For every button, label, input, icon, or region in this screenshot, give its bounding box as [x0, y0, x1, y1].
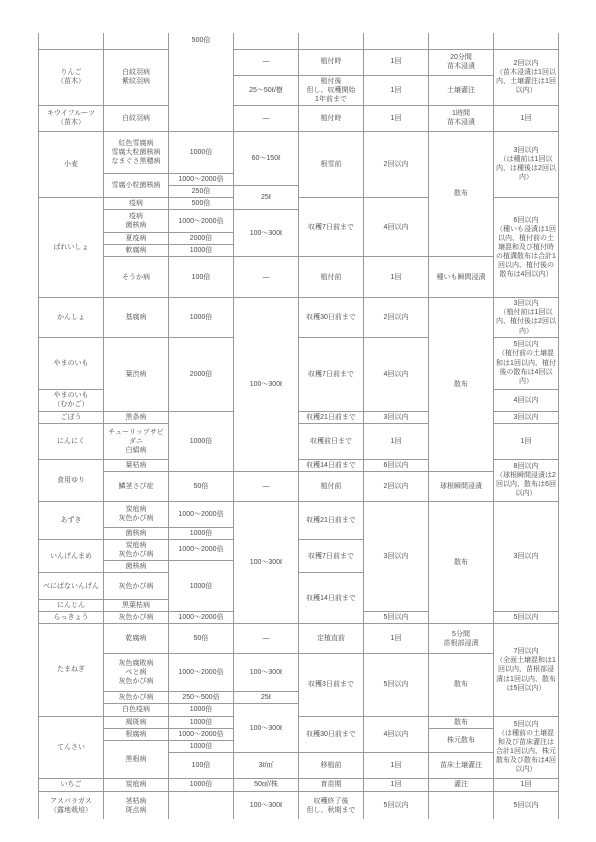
total-count-cell: 1回	[494, 105, 559, 131]
total-count-cell: 3回以内	[494, 411, 559, 423]
total-count-cell	[494, 33, 559, 49]
method-cell: 種いも瞬間浸漬	[429, 257, 494, 298]
disease-cell: 疫病	[104, 197, 169, 209]
total-count-cell: 1回	[494, 778, 559, 791]
disease-cell: 疫病 菌核病	[104, 210, 169, 233]
dilution-cell: 1000～2000倍	[169, 539, 234, 560]
timing-cell: 収穫30日前まで	[299, 716, 364, 752]
crop-cell: ごぼう	[39, 411, 104, 423]
application-count-cell: 5回以内	[364, 612, 429, 624]
dilution-cell: 1000～2000倍	[169, 612, 234, 624]
water-volume-cell: 60～150ℓ	[234, 131, 299, 185]
method-cell	[429, 33, 494, 49]
application-count-cell: 3回以内	[364, 501, 429, 611]
disease-cell: 基腐病	[104, 298, 169, 337]
table-row: 小麦紅色雪腐病 雪腐大粒菌核病 なまぐさ黒穂病1000倍60～150ℓ根雪前2回…	[39, 131, 559, 173]
disease-cell: 乾腐病	[104, 624, 169, 654]
timing-cell: 植付後 但し、収穫開始 1年前まで	[299, 75, 364, 105]
total-count-cell: 8回以内 （球根瞬間浸漬は2回以内、散布は6回以内）	[494, 459, 559, 501]
application-count-cell: 1回	[364, 778, 429, 791]
disease-cell: 黒根病	[104, 740, 169, 778]
timing-cell: 収穫21日前まで	[299, 411, 364, 423]
disease-cell: 葉枯病	[104, 459, 169, 471]
method-cell: 5分間 苗根部浸漬	[429, 624, 494, 654]
timing-cell: 収穫7日前まで	[299, 539, 364, 572]
dilution-cell: 1000倍	[169, 778, 234, 791]
table-row: かんしょ基腐病1000倍100～300ℓ収穫30日前まで2回以内散布3回以内 （…	[39, 298, 559, 337]
dilution-cell: 50倍	[169, 471, 234, 501]
dilution-cell: 500倍	[169, 33, 234, 131]
disease-cell	[104, 33, 169, 49]
crop-cell: ばれいしょ	[39, 197, 104, 297]
timing-cell: 収穫30日前まで	[299, 298, 364, 337]
total-count-cell: 3回以内	[494, 501, 559, 611]
dilution-cell: 1000倍	[169, 298, 234, 337]
timing-cell: 収穫前日まで	[299, 423, 364, 459]
timing-cell: 収穫14日前まで	[299, 459, 364, 471]
dilution-cell: 1000倍	[169, 245, 234, 257]
crop-cell: 食用ゆり	[39, 459, 104, 501]
timing-cell: 収穫終了後 但し、秋期まで	[299, 791, 364, 819]
crop-cell: にんじん	[39, 600, 104, 612]
timing-cell: 移植前	[299, 752, 364, 778]
total-count-cell: 5回以内 （は種前の土壌混和及び苗床灌注は合計1回以内、株元散布及び散布は4回以…	[494, 716, 559, 778]
crop-cell: 小麦	[39, 131, 104, 197]
method-cell: 株元散布	[429, 728, 494, 752]
crop-cell: やまのいも	[39, 337, 104, 389]
application-count-cell: 1回	[364, 49, 429, 75]
crop-cell: りんご （苗木）	[39, 49, 104, 105]
total-count-cell: 6回以内 （種いも浸漬は1回以内、植付前の土壌混和及び植付時の植溝散布は合計1回…	[494, 197, 559, 297]
application-count-cell: 2回以内	[364, 471, 429, 501]
disease-cell: 炭疽病 灰色かび病	[104, 501, 169, 527]
method-cell: 苗床土壌灌注	[429, 752, 494, 778]
application-count-cell: 4回以内	[364, 716, 429, 752]
water-volume-cell: 100～300ℓ	[234, 298, 299, 472]
table-row: アスパラガス （露地栽培）茎枯病 斑点病100～300ℓ収穫終了後 但し、秋期ま…	[39, 791, 559, 819]
method-cell: 灌注	[429, 778, 494, 791]
disease-cell: 雪腐小粒菌核病	[104, 173, 169, 197]
disease-cell: そうか病	[104, 257, 169, 298]
total-count-cell: 7回以内 （全面土壌混和は1回以内、苗根部浸漬は1回以内、散布は5回以内）	[494, 624, 559, 716]
timing-cell: 収穫14日前まで	[299, 573, 364, 624]
timing-cell: 植付前	[299, 257, 364, 298]
water-volume-cell: —	[234, 105, 299, 131]
timing-cell	[299, 33, 364, 49]
disease-cell: 黒条病	[104, 411, 169, 423]
crop-cell: かんしょ	[39, 298, 104, 337]
method-cell: 散布	[429, 654, 494, 716]
dilution-cell: 1000倍	[169, 716, 234, 728]
water-volume-cell: 100～300ℓ	[234, 501, 299, 624]
disease-cell: 葉渋病	[104, 337, 169, 411]
disease-cell: 白紋羽病 紫紋羽病	[104, 49, 169, 105]
table-row: 灰色腐敗病 べと病 灰色かび病1000～2000倍100～300ℓ収穫3日前まで…	[39, 654, 559, 692]
dilution-cell: 250倍	[169, 185, 234, 197]
method-cell: 散布	[429, 716, 494, 728]
application-count-cell: 3回以内	[364, 411, 429, 423]
dilution-cell: 1000倍	[169, 131, 234, 173]
water-volume-cell: 3ℓ/㎡	[234, 752, 299, 778]
disease-cell: 夏疫病	[104, 233, 169, 245]
application-count-cell: 1回	[364, 624, 429, 654]
dilution-cell: 1000倍	[169, 561, 234, 612]
dilution-cell: 1000倍	[169, 704, 234, 716]
dilution-cell: 1000倍	[169, 411, 234, 471]
dilution-cell: 250～500倍	[169, 692, 234, 704]
water-volume-cell: 25～50ℓ/樹	[234, 75, 299, 105]
disease-cell: 黒葉枯病	[104, 600, 169, 612]
disease-cell: 炭疽病 灰色かび病	[104, 539, 169, 560]
timing-cell: 植付時	[299, 49, 364, 75]
disease-cell: 茎枯病 斑点病	[104, 791, 169, 819]
crop-cell: にんにく	[39, 423, 104, 459]
total-count-cell: 5回以内	[494, 791, 559, 819]
total-count-cell: 2回以内 （苗木浸漬は1回以内、土壌灌注は1回以内）	[494, 49, 559, 105]
timing-cell: 根雪前	[299, 131, 364, 197]
table-row: あずき炭疽病 灰色かび病1000～2000倍100～300ℓ収穫21日前まで3回…	[39, 501, 559, 527]
total-count-cell: 3回以内 （植付前は1回以内、植付後は2回以内）	[494, 298, 559, 337]
timing-cell: 収穫7日前まで	[299, 197, 364, 256]
disease-cell: 菌核病	[104, 561, 169, 573]
application-count-cell: 2回以内	[364, 131, 429, 197]
total-count-cell: 5回以内	[494, 612, 559, 624]
total-count-cell: 3回以内 （は種前は1回以内、は種後は2回以内）	[494, 131, 559, 197]
dilution-cell: 100倍	[169, 752, 234, 778]
dilution-cell: 100倍	[169, 257, 234, 298]
application-count-cell: 4回以内	[364, 337, 429, 411]
timing-cell: 育苗期	[299, 778, 364, 791]
disease-cell: 灰色かび病	[104, 692, 169, 704]
application-count-cell	[364, 33, 429, 49]
table-row: 鱗茎さび症50倍—植付前2回以内球根瞬間浸漬	[39, 471, 559, 501]
method-cell: 散布	[429, 501, 494, 624]
table-row: いちご炭疽病1000倍50㎖/株育苗期1回灌注1回	[39, 778, 559, 791]
crop-cell: たまねぎ	[39, 624, 104, 716]
crop-cell: アスパラガス （露地栽培）	[39, 791, 104, 819]
timing-cell: 定植直前	[299, 624, 364, 654]
timing-cell: 植付前	[299, 471, 364, 501]
disease-cell: 炭疽病	[104, 778, 169, 791]
water-volume-cell: —	[234, 49, 299, 75]
water-volume-cell: 50㎖/株	[234, 778, 299, 791]
disease-cell: 鱗茎さび症	[104, 471, 169, 501]
application-count-cell: 5回以内	[364, 791, 429, 819]
water-volume-cell: 25ℓ	[234, 692, 299, 704]
water-volume-cell: 100～300ℓ	[234, 210, 299, 257]
table-row: たまねぎ乾腐病50倍—定植直前1回5分間 苗根部浸漬7回以内 （全面土壌混和は1…	[39, 624, 559, 654]
dilution-cell	[169, 791, 234, 819]
document-page: 500倍りんご （苗木）白紋羽病 紫紋羽病—植付時1回20分間 苗木浸漬2回以内…	[0, 0, 596, 842]
timing-cell: 植付時	[299, 105, 364, 131]
disease-cell: 灰色かび病	[104, 573, 169, 600]
crop-cell: キウイフルーツ （苗木）	[39, 105, 104, 131]
method-cell: 1時間 苗木浸漬	[429, 105, 494, 131]
disease-cell: 紅色雪腐病 雪腐大粒菌核病 なまぐさ黒穂病	[104, 131, 169, 173]
table-row: 500倍	[39, 33, 559, 49]
application-count-cell: 1回	[364, 257, 429, 298]
disease-cell: 白色疫病	[104, 704, 169, 716]
method-cell: 球根瞬間浸漬	[429, 471, 494, 501]
crop-cell	[39, 33, 104, 49]
application-count-cell: 4回以内	[364, 197, 429, 256]
dilution-cell: 2000倍	[169, 337, 234, 411]
disease-cell: 白紋羽病	[104, 105, 169, 131]
water-volume-cell: —	[234, 471, 299, 501]
disease-cell: 軟腐病	[104, 245, 169, 257]
crop-cell: あずき	[39, 501, 104, 539]
dilution-cell: 2000倍	[169, 233, 234, 245]
pesticide-application-table: 500倍りんご （苗木）白紋羽病 紫紋羽病—植付時1回20分間 苗木浸漬2回以内…	[38, 33, 559, 819]
dilution-cell: 50倍	[169, 624, 234, 654]
water-volume-cell: 25ℓ	[234, 185, 299, 209]
dilution-cell: 1000倍	[169, 527, 234, 539]
water-volume-cell: 100～300ℓ	[234, 654, 299, 692]
water-volume-cell: —	[234, 624, 299, 654]
method-cell: 土壌灌注	[429, 75, 494, 105]
crop-cell: べにばないんげん	[39, 573, 104, 600]
application-count-cell: 6回以内	[364, 459, 429, 471]
application-count-cell: 1回	[364, 752, 429, 778]
total-count-cell: 4回以内	[494, 389, 559, 411]
dilution-cell: 1000～2000倍	[169, 210, 234, 233]
table-row: そうか病100倍—植付前1回種いも瞬間浸漬	[39, 257, 559, 298]
disease-cell: 褐斑病	[104, 716, 169, 728]
application-count-cell: 1回	[364, 423, 429, 459]
timing-cell: 収穫7日前まで	[299, 337, 364, 411]
dilution-cell: 1000～2000倍	[169, 173, 234, 185]
method-cell: 20分間 苗木浸漬	[429, 49, 494, 75]
application-count-cell: 5回以内	[364, 654, 429, 716]
timing-cell: 収穫3日前まで	[299, 654, 364, 716]
method-cell	[429, 791, 494, 819]
disease-cell: チューリップサビダニ 白絹病	[104, 423, 169, 459]
table-row: キウイフルーツ （苗木）白紋羽病—植付時1回1時間 苗木浸漬1回	[39, 105, 559, 131]
total-count-cell: 5回以内 （植付前の土壌混和は1回以内、植付後の散布は4回以内）	[494, 337, 559, 389]
timing-cell: 収穫21日前まで	[299, 501, 364, 539]
disease-cell: 灰色腐敗病 べと病 灰色かび病	[104, 654, 169, 692]
method-cell: 散布	[429, 131, 494, 256]
method-cell: 散布	[429, 298, 494, 472]
crop-cell: いんげんまめ	[39, 539, 104, 572]
water-volume-cell: —	[234, 257, 299, 298]
dilution-cell: 1000倍	[169, 740, 234, 752]
water-volume-cell	[234, 33, 299, 49]
dilution-cell: 1000～2000倍	[169, 654, 234, 692]
crop-cell: てんさい	[39, 716, 104, 778]
dilution-cell: 500倍	[169, 197, 234, 209]
crop-cell: いちご	[39, 778, 104, 791]
water-volume-cell: 100～300ℓ	[234, 704, 299, 752]
disease-cell: 根腐病	[104, 728, 169, 740]
application-count-cell: 1回	[364, 105, 429, 131]
dilution-cell: 1000～2000倍	[169, 501, 234, 527]
application-count-cell: 2回以内	[364, 298, 429, 337]
total-count-cell: 1回	[494, 423, 559, 459]
application-count-cell: 1回	[364, 75, 429, 105]
table-row: てんさい褐斑病1000倍収穫30日前まで4回以内散布5回以内 （は種前の土壌混和…	[39, 716, 559, 728]
water-volume-cell: 100～300ℓ	[234, 791, 299, 819]
disease-cell: 菌核病	[104, 527, 169, 539]
dilution-cell: 1000～2000倍	[169, 728, 234, 740]
crop-cell: らっきょう	[39, 612, 104, 624]
crop-cell: やまのいも （むかご）	[39, 389, 104, 411]
table-row: りんご （苗木）白紋羽病 紫紋羽病—植付時1回20分間 苗木浸漬2回以内 （苗木…	[39, 49, 559, 75]
disease-cell: 灰色かび病	[104, 612, 169, 624]
